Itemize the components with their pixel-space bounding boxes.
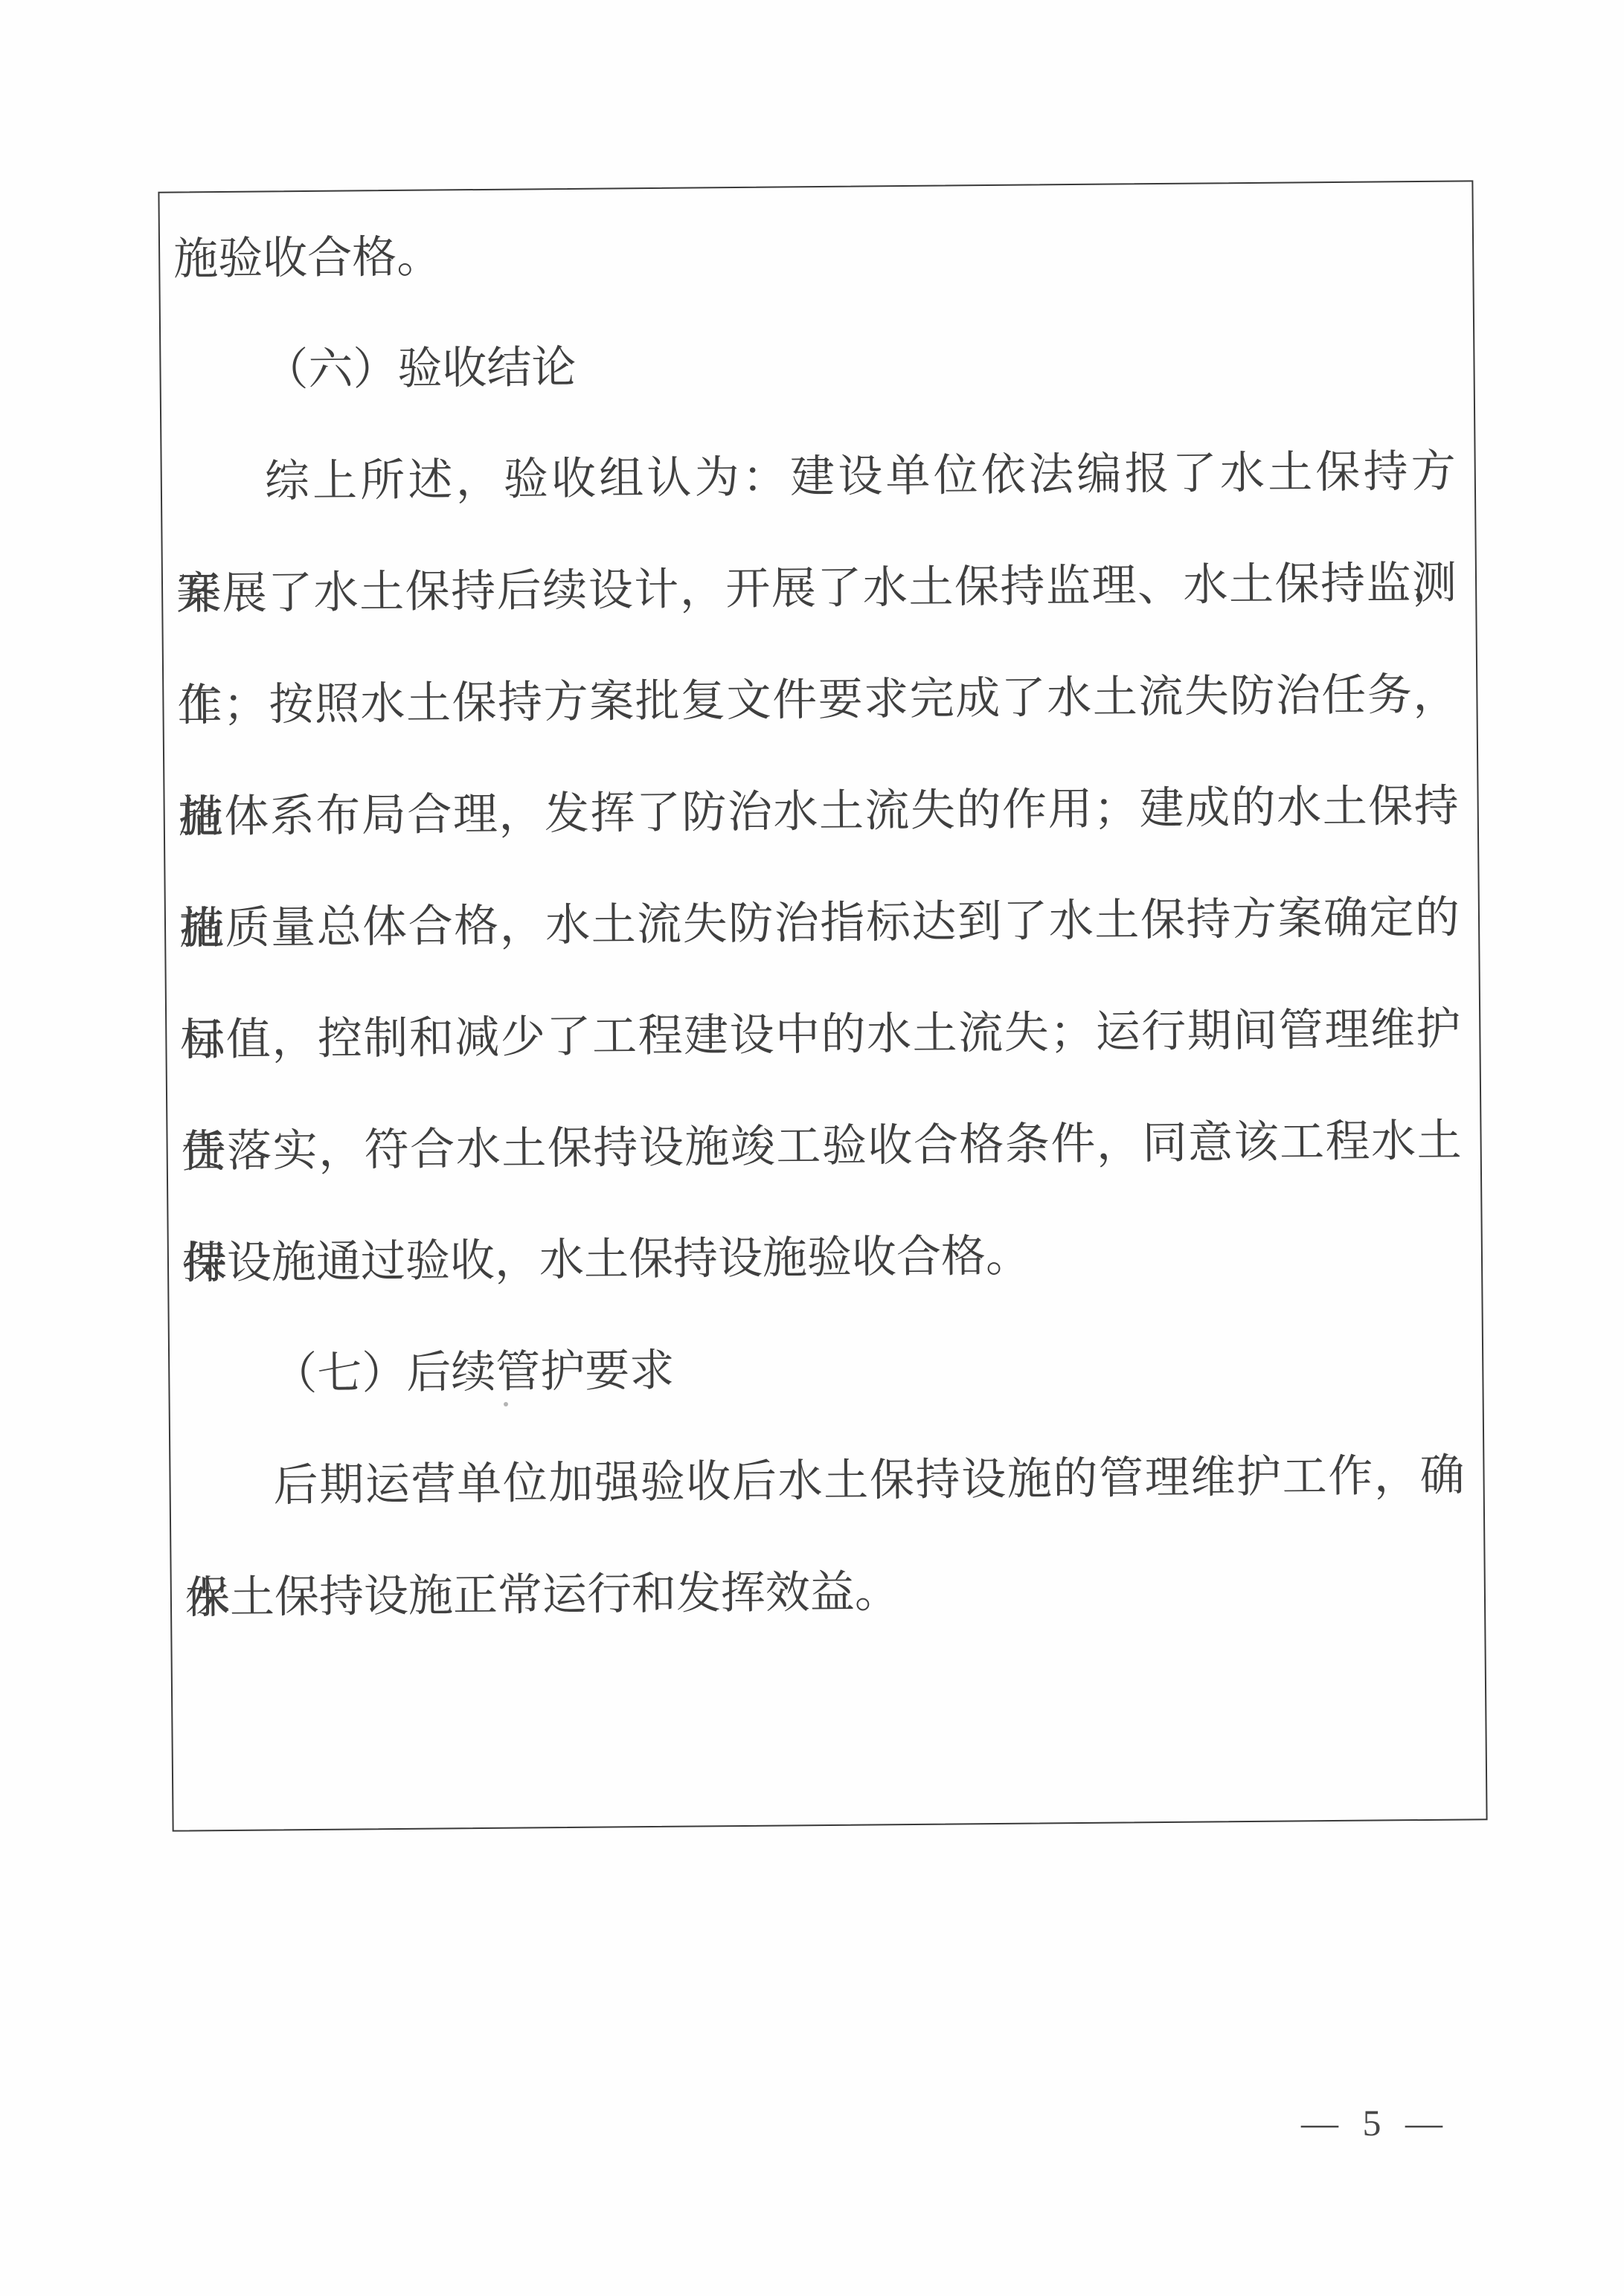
document-border-box: 施验收合格。（六）验收结论综上所述，验收组认为：建设单位依法编报了水土保持方案，… — [158, 180, 1487, 1831]
text-line: 后期运营单位加强验收后水土保持设施的管理维护工作，确保 — [184, 1419, 1465, 1542]
text-line: 综上所述，验收组认为：建设单位依法编报了水土保持方案， — [175, 416, 1456, 538]
text-line: 开展了水土保持后续设计，开展了水土保持监理、水土保持监测工 — [176, 527, 1457, 650]
text-line: 标值，控制和减少了工程建设中的水土流失；运行期间管理维护责 — [180, 974, 1461, 1096]
text-line: 水土保持设施正常运行和发挥效益。 — [184, 1531, 1466, 1653]
page-number: — 5 — — [1265, 2101, 1480, 2144]
text-line: 施体系布局合理，发挥了防治水土流失的作用；建成的水土保持措 — [178, 750, 1459, 873]
text-line: 施质量总体合格，水土流失防治指标达到了水土保持方案确定的目 — [179, 862, 1460, 985]
document-text: 施验收合格。（六）验收结论综上所述，验收组认为：建设单位依法编报了水土保持方案，… — [173, 193, 1466, 1654]
text-line: （六）验收结论 — [174, 304, 1455, 427]
text-line: 作；按照水土保持方案批复文件要求完成了水土流失防治任务，措 — [177, 639, 1458, 762]
scan-speck — [504, 1402, 508, 1406]
text-line: 任落实，符合水土保持设施竣工验收合格条件，同意该工程水土保 — [181, 1085, 1462, 1208]
text-line: 持设施通过验收，水土保持设施验收合格。 — [182, 1197, 1463, 1319]
scanned-page: { "page": { "background": "#fefefe", "in… — [0, 0, 1624, 2296]
text-line: 施验收合格。 — [173, 193, 1454, 315]
text-line: （七）后续管护要求 — [183, 1308, 1464, 1431]
